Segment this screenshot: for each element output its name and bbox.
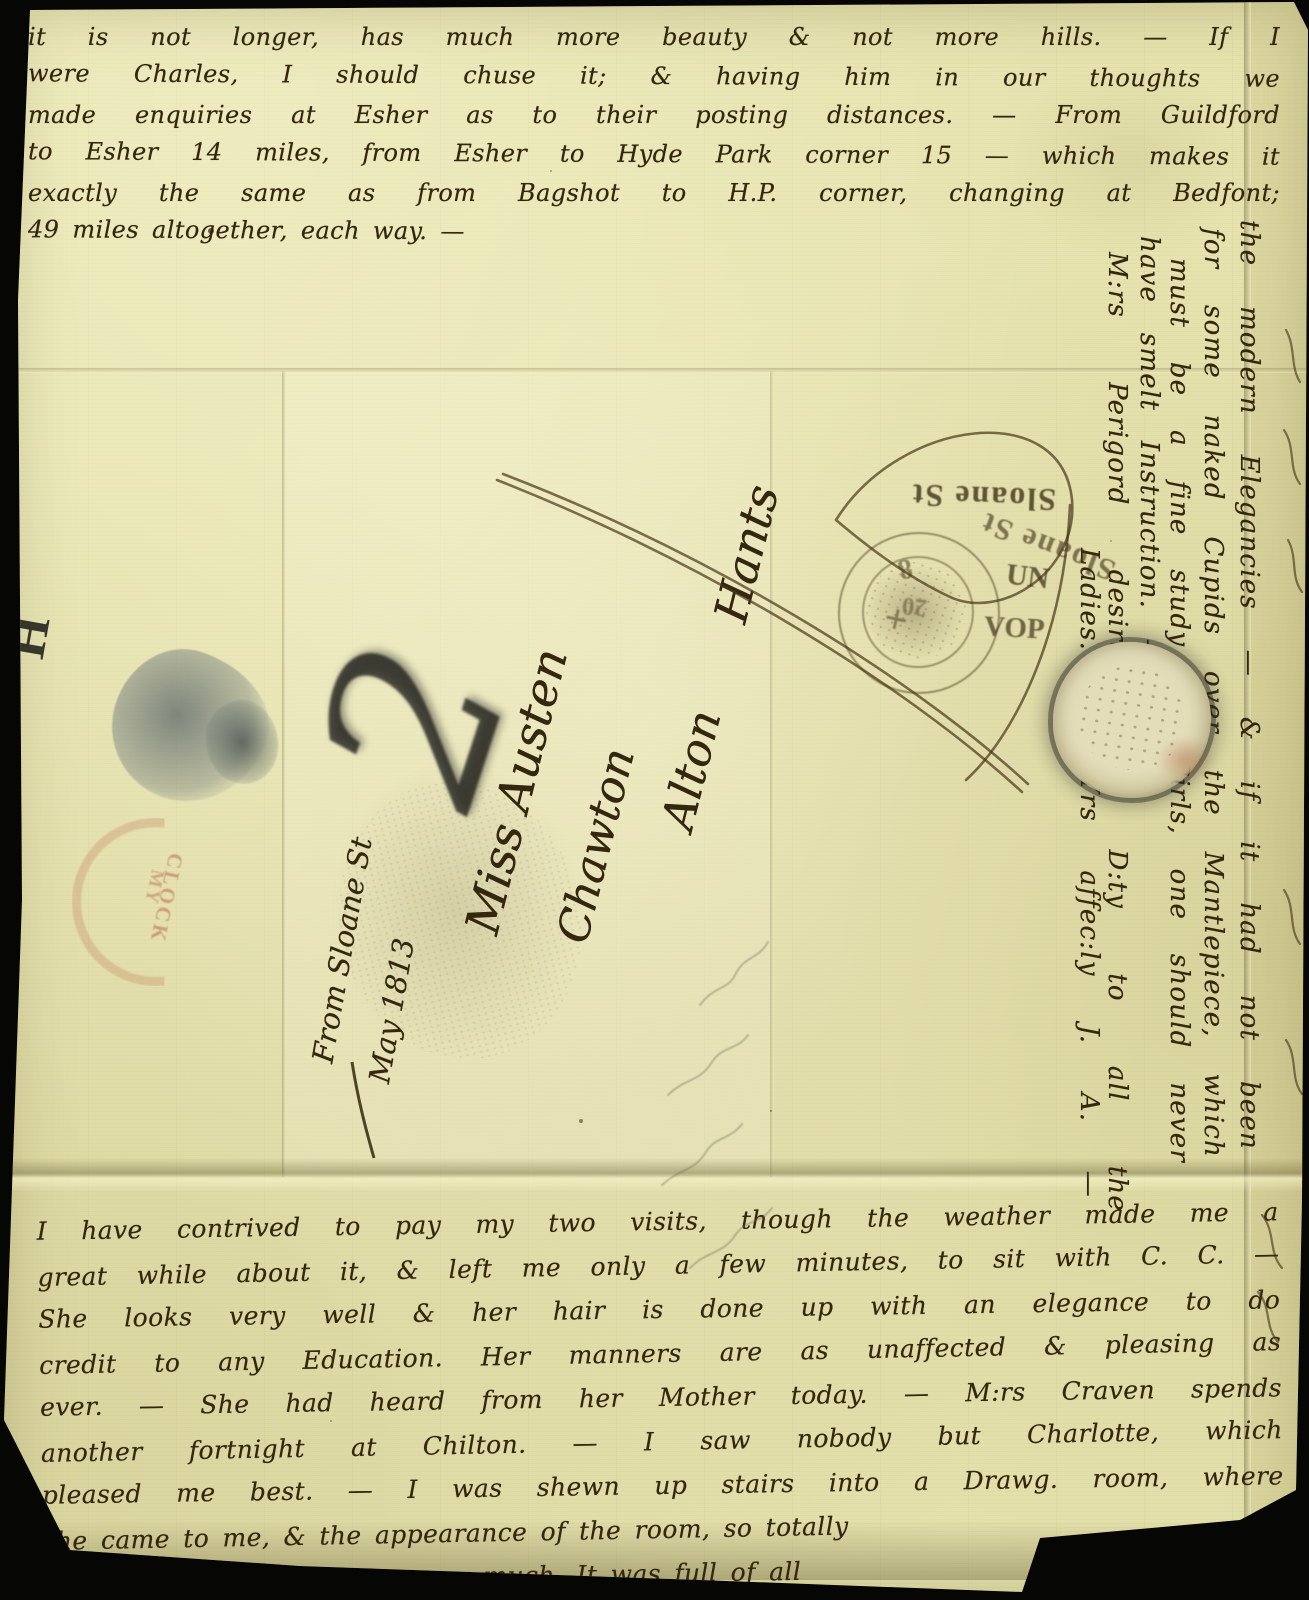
address-line-alton: Alton bbox=[651, 658, 744, 836]
margin-line-vertical: the modern Elegancies — & if it had not … bbox=[1228, 220, 1264, 1150]
letter-text-bottom-block: I have contrived to pay my two visits, t… bbox=[36, 1188, 1285, 1600]
handwritten-line: exactly the same as from Bagshot to H.P.… bbox=[28, 174, 1280, 213]
scanner-background: it is not longer, has much more beauty &… bbox=[0, 0, 1309, 1600]
letter-sheet: it is not longer, has much more beauty &… bbox=[0, 0, 1309, 1600]
address-line-chawton: Chawton bbox=[547, 713, 652, 949]
datestamp-cross-mark: + bbox=[879, 594, 912, 646]
margin-line-vertical: Ladies. — Yrs affec:ly J. A. — bbox=[1068, 548, 1104, 1198]
datestamp-digit: 8 bbox=[894, 551, 916, 586]
fold-crease-vertical-left bbox=[282, 371, 286, 1177]
handwritten-line: made enquiries at Esher as to their post… bbox=[28, 96, 1280, 135]
edge-stamp-letter-s: S bbox=[0, 551, 33, 583]
stamp-fragment-un: UN bbox=[1004, 557, 1051, 596]
letter-text-top-block: it is not longer, has much more beauty &… bbox=[28, 18, 1280, 252]
grey-residue-blob bbox=[93, 632, 287, 823]
postage-charge-mark: 2 bbox=[280, 546, 576, 829]
handwritten-line: were Charles, I should chuse it; & havin… bbox=[28, 54, 1280, 98]
address-line-hants: Hants bbox=[703, 450, 797, 628]
handwritten-line: 49 miles altogether, each way. — bbox=[28, 210, 1280, 254]
handwritten-line: to Esher 14 miles, from Esher to Hyde Pa… bbox=[28, 132, 1280, 176]
edge-stamp-letter-h: H bbox=[0, 611, 63, 663]
margin-line-vertical: have smelt Instruction. — bbox=[1128, 236, 1164, 666]
handwritten-line: it is not longer, has much more beauty &… bbox=[28, 18, 1280, 57]
stamp-fragment-vop: VOP bbox=[983, 610, 1045, 646]
ink-speck bbox=[208, 228, 214, 234]
margin-line-vertical: for some naked Cupids over the Mantlepie… bbox=[1192, 228, 1228, 1158]
